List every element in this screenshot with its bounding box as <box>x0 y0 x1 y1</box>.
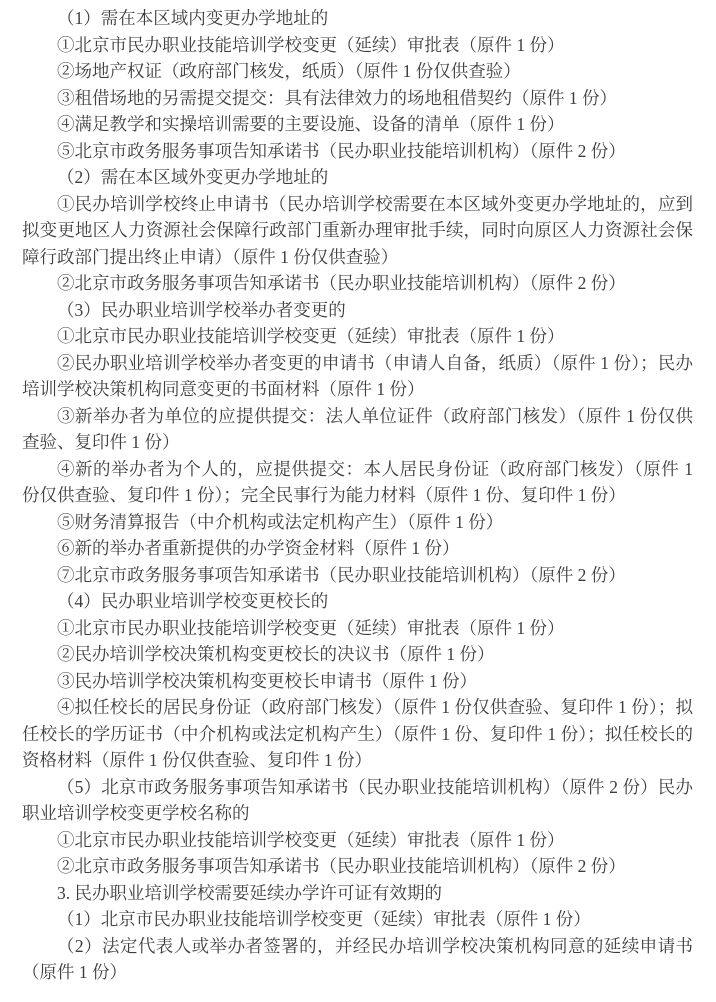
paragraph: （3）民办职业培训学校举办者变更的 <box>22 297 693 324</box>
paragraph: （2）法定代表人或举办者签署的，并经民办培训学校决策机构同意的延续申请书（原件 … <box>22 933 693 986</box>
paragraph: （4）民办职业培训学校变更校长的 <box>22 588 693 615</box>
paragraph: 3. 民办职业培训学校需要延续办学许可证有效期的 <box>22 880 693 907</box>
paragraph: ③民办培训学校决策机构变更校长申请书（原件 1 份） <box>22 668 693 695</box>
paragraph: ⑤北京市政务服务事项告知承诺书（民办职业技能培训机构）（原件 2 份） <box>22 138 693 165</box>
paragraph: ③租借场地的另需提交提交：具有法律效力的场地租借契约（原件 1 份） <box>22 85 693 112</box>
paragraph: （1）北京市民办职业技能培训学校变更（延续）审批表（原件 1 份） <box>22 906 693 933</box>
paragraph: ①北京市民办职业技能培训学校变更（延续）审批表（原件 1 份） <box>22 32 693 59</box>
paragraph: ①北京市民办职业技能培训学校变更（延续）审批表（原件 1 份） <box>22 323 693 350</box>
paragraph: ③新举办者为单位的应提供提交：法人单位证件（政府部门核发）（原件 1 份仅供查验… <box>22 403 693 456</box>
document-page: （1）需在本区域内变更办学地址的①北京市民办职业技能培训学校变更（延续）审批表（… <box>0 0 716 1002</box>
paragraph: ②北京市政务服务事项告知承诺书（民办职业技能培训机构）（原件 2 份） <box>22 853 693 880</box>
paragraph: ④新的举办者为个人的，应提供提交：本人居民身份证（政府部门核发）（原件 1 份仅… <box>22 456 693 509</box>
paragraph: （1）需在本区域内变更办学地址的 <box>22 5 693 32</box>
paragraph: ⑦北京市政务服务事项告知承诺书（民办职业技能培训机构）（原件 2 份） <box>22 562 693 589</box>
paragraph: （5）北京市政务服务事项告知承诺书（民办职业技能培训机构）（原件 2 份）民办职… <box>22 774 693 827</box>
paragraph: ⑥新的举办者重新提供的办学资金材料（原件 1 份） <box>22 535 693 562</box>
paragraph: ⑤财务清算报告（中介机构或法定机构产生）（原件 1 份） <box>22 509 693 536</box>
paragraph: ②场地产权证（政府部门核发，纸质）（原件 1 份仅供查验） <box>22 58 693 85</box>
paragraph: ②民办培训学校决策机构变更校长的决议书（原件 1 份） <box>22 641 693 668</box>
paragraph: ①北京市民办职业技能培训学校变更（延续）审批表（原件 1 份） <box>22 615 693 642</box>
paragraph: ④拟任校长的居民身份证（政府部门核发）（原件 1 份仅供查验、复印件 1 份）；… <box>22 694 693 774</box>
paragraph: ②民办职业培训学校举办者变更的申请书（申请人自备，纸质）（原件 1 份）；民办培… <box>22 350 693 403</box>
paragraph: ①北京市民办职业技能培训学校变更（延续）审批表（原件 1 份） <box>22 827 693 854</box>
paragraph: （2）需在本区域外变更办学地址的 <box>22 164 693 191</box>
document-body: （1）需在本区域内变更办学地址的①北京市民办职业技能培训学校变更（延续）审批表（… <box>22 5 693 986</box>
paragraph: ④满足教学和实操培训需要的主要设施、设备的清单（原件 1 份） <box>22 111 693 138</box>
paragraph: ②北京市政务服务事项告知承诺书（民办职业技能培训机构）（原件 2 份） <box>22 270 693 297</box>
paragraph: ①民办培训学校终止申请书（民办培训学校需要在本区域外变更办学地址的，应到拟变更地… <box>22 191 693 271</box>
